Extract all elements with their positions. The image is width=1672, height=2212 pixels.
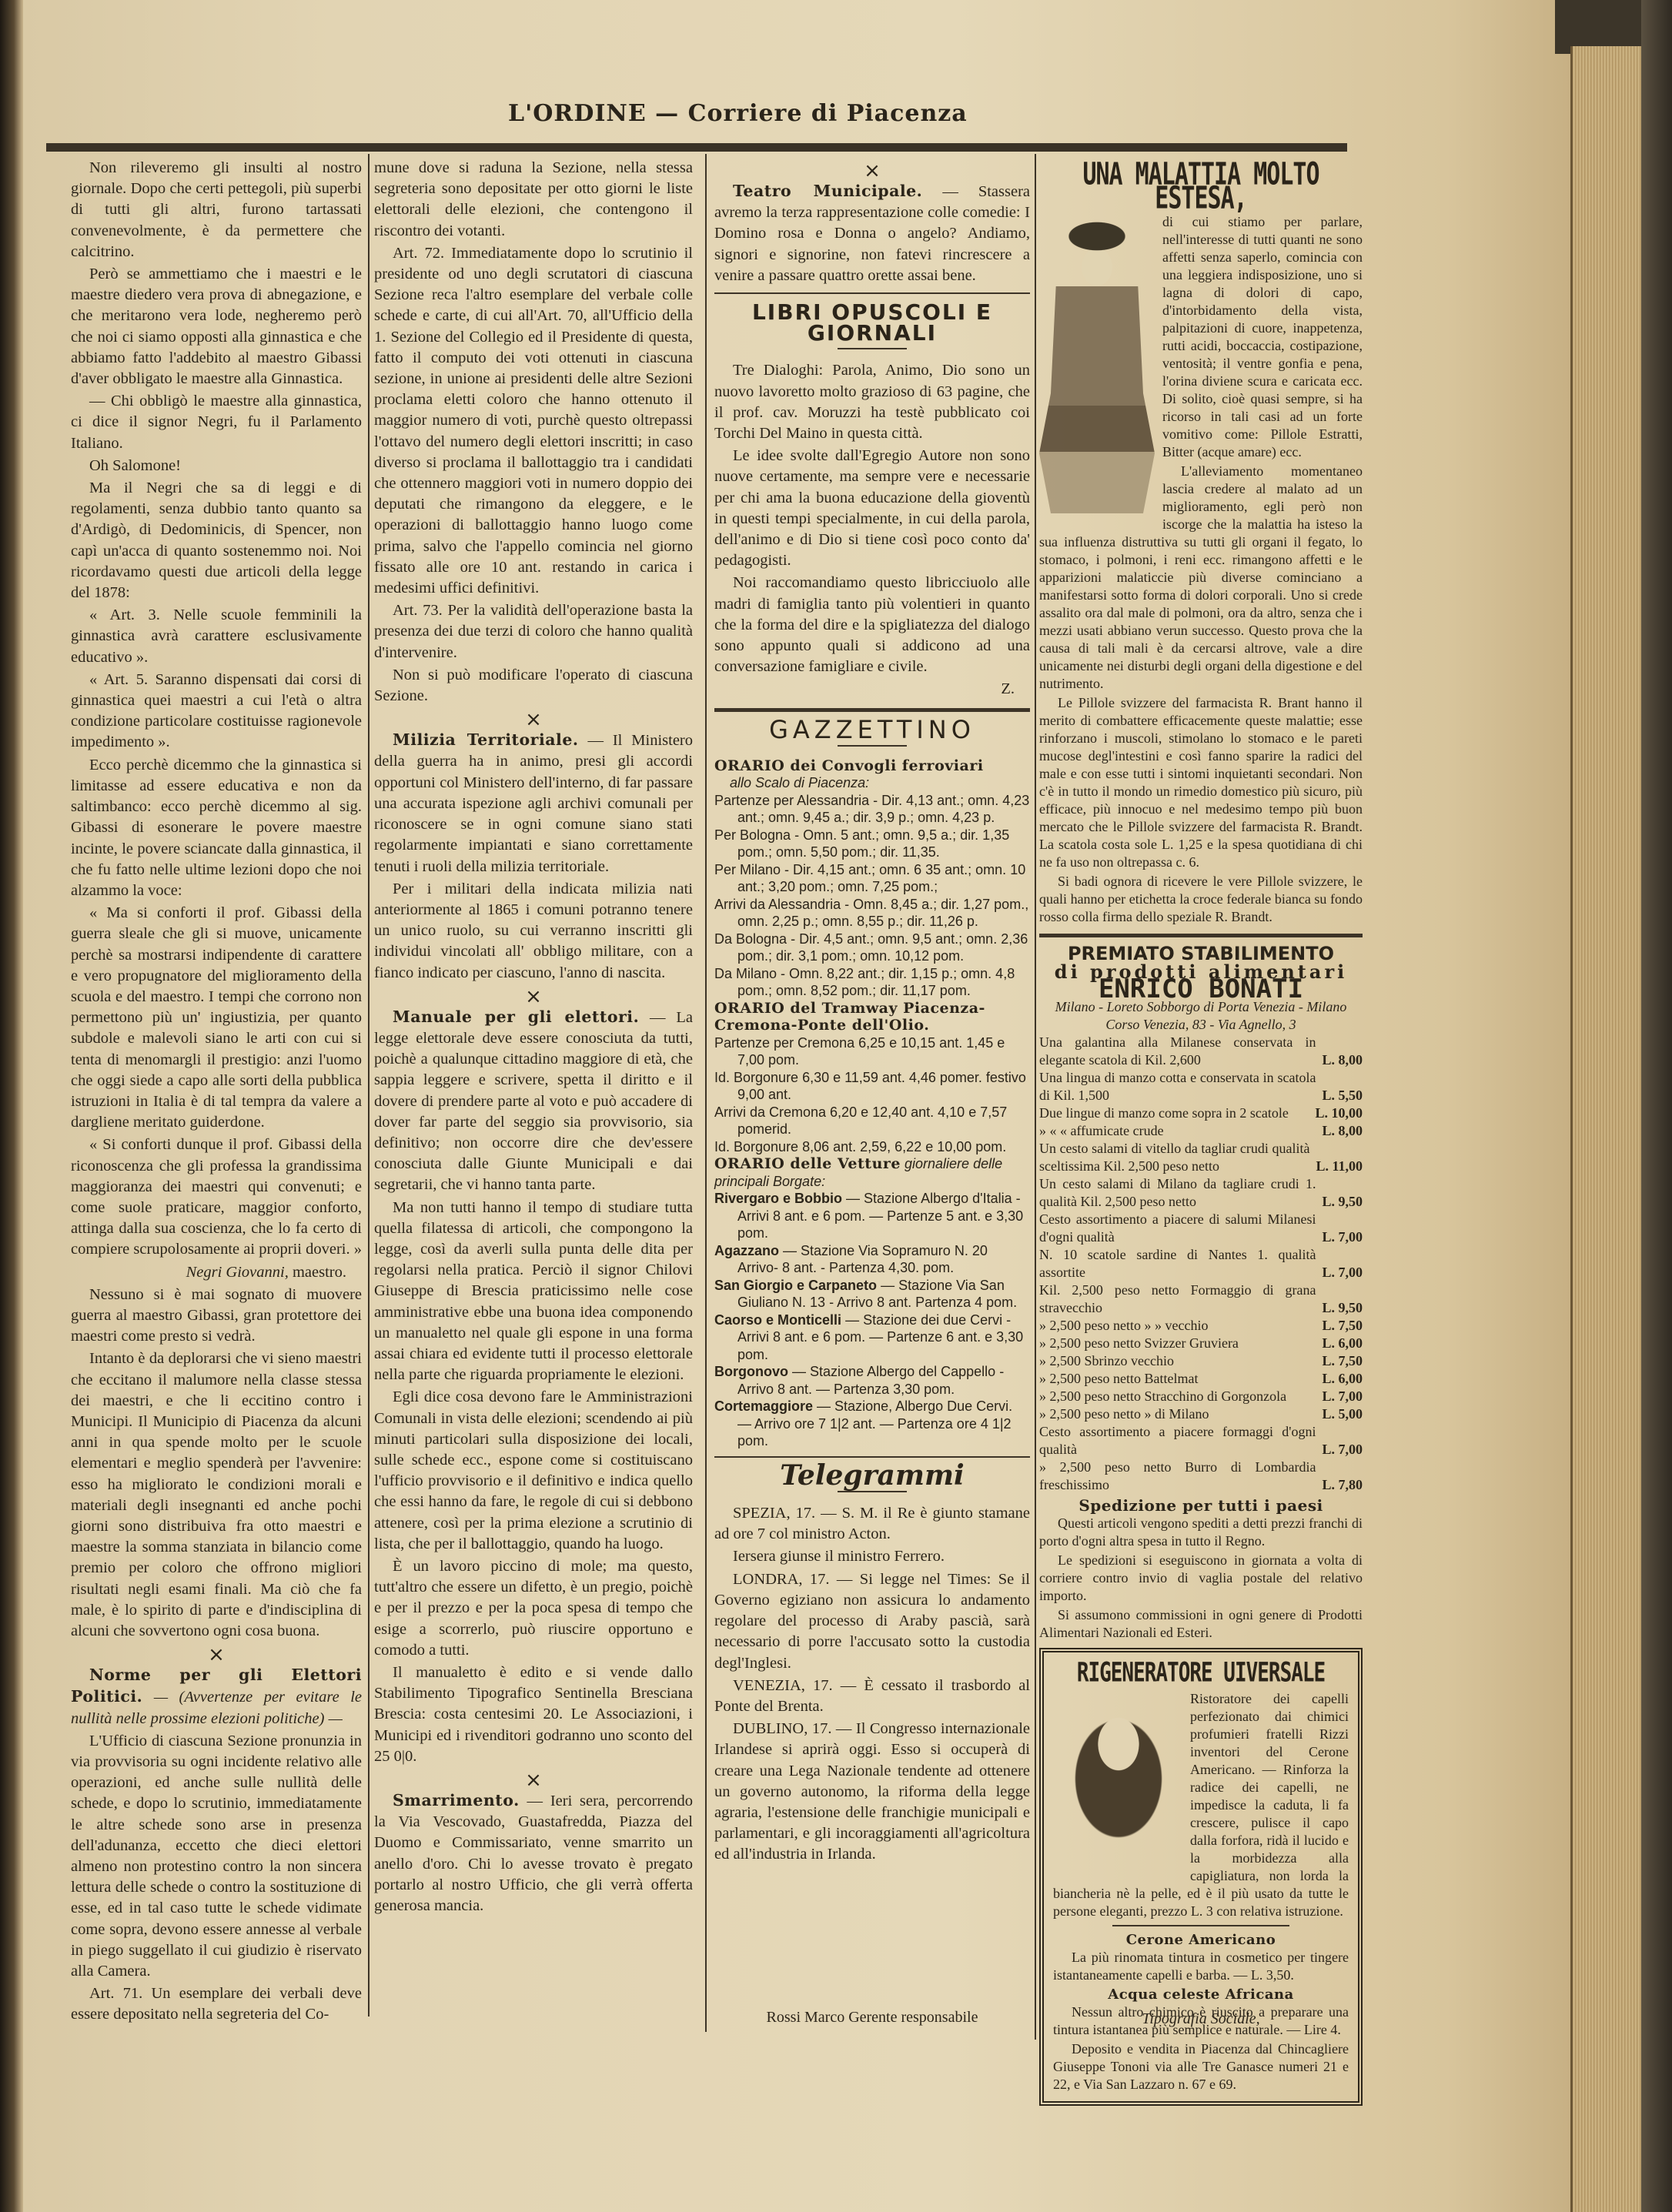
item-desc: » 2,500 peso netto Battelmat: [1039, 1370, 1322, 1388]
article-heading-line: Norme per gli Elettori Politici. — (Avve…: [71, 1665, 362, 1729]
item-price: L. 5,00: [1322, 1405, 1363, 1423]
paragraph: Art. 71. Un esemplare dei verbali deve e…: [71, 1983, 362, 2025]
section-rule: [1112, 1925, 1289, 1926]
price-row: Cesto assortimento a piacere formaggi d'…: [1039, 1423, 1363, 1459]
item-price: L. 10,00: [1315, 1104, 1363, 1122]
book-page-stack: [1570, 46, 1644, 2212]
book-binding: [1641, 0, 1672, 2212]
price-row: Una galantina alla Milanese conservata i…: [1039, 1034, 1363, 1069]
price-row: N. 10 scatole sardine di Nantes 1. quali…: [1039, 1246, 1363, 1281]
paragraph: Art. 72. Immediatamente dopo lo scrutini…: [374, 243, 693, 599]
footer-tipografia: Tipografia Sociale,: [1039, 2010, 1363, 2028]
item-desc: Cesto assortimento a piacere formaggi d'…: [1039, 1423, 1322, 1459]
telegram-item: DUBLINO, 17. — Il Congresso internaziona…: [714, 1719, 1030, 1865]
item-price: L. 9,50: [1322, 1193, 1363, 1211]
timetable-heading: ORARIO dei Convogli ferroviari: [714, 757, 1030, 775]
paragraph: Il manualetto è edito e si vende dallo S…: [374, 1662, 693, 1767]
item-desc: Kil. 2,500 peso netto Formaggio di grana…: [1039, 1281, 1322, 1317]
article-heading: Smarrimento.: [393, 1791, 520, 1809]
timetable-row: Per Milano - Dir. 4,15 ant.; omn. 6 35 a…: [714, 861, 1030, 896]
paragraph: Ma non tutti hanno il tempo di studiare …: [374, 1198, 693, 1386]
place-name: Cortemaggiore: [714, 1398, 813, 1414]
article-text: — Ieri sera, percorrendo la Via Vescovad…: [374, 1793, 693, 1914]
article-teatro: Teatro Municipale. — Stassera avremo la …: [714, 181, 1030, 286]
column-divider: [368, 154, 370, 2017]
quote-paragraph: « Art. 5. Saranno dispensati dai corsi d…: [71, 670, 362, 753]
paragraph: Per i militari della indicata milizia na…: [374, 879, 693, 984]
paragraph: Nessuno si è mai sognato di muovere guer…: [71, 1285, 362, 1348]
masthead-rule: [46, 143, 1347, 152]
timetable-row: Partenze per Alessandria - Dir. 4,13 ant…: [714, 792, 1030, 827]
item-price: L. 7,00: [1322, 1264, 1363, 1281]
paragraph: Noi raccomandiamo questo libricciuolo al…: [714, 573, 1030, 677]
telegram-item: Iersera giunse il ministro Ferrero.: [714, 1546, 1030, 1567]
telegram-item: VENEZIA, 17. — È cessato il trasbordo al…: [714, 1676, 1030, 1717]
paragraph: — Chi obbligò le maestre alla ginnastica…: [71, 391, 362, 454]
place-name: Agazzano: [714, 1243, 779, 1258]
price-row: » 2,500 peso netto Svizzer GruvieraL. 6,…: [1039, 1335, 1363, 1352]
section-title-gazzettino: GAZZETTINO: [714, 720, 1030, 740]
ad-paragraph: La più rinomata tintura in cosmetico per…: [1053, 1949, 1349, 1984]
signature-name: Negri Giovanni,: [186, 1264, 289, 1281]
item-price: L. 7,50: [1322, 1352, 1363, 1370]
timetable-row: Per Bologna - Omn. 5 ant.; omn. 9,5 a.; …: [714, 827, 1030, 861]
item-desc: Cesto assortimento a piacere di salumi M…: [1039, 1211, 1322, 1246]
ad-address: Corso Venezia, 83 - Via Agnello, 3: [1039, 1016, 1363, 1034]
signature: Negri Giovanni, maestro.: [71, 1262, 362, 1283]
timetable-row: Agazzano — Stazione Via Sopramuro N. 20 …: [714, 1242, 1030, 1277]
item-price: L. 5,50: [1322, 1087, 1363, 1104]
ad-paragraph: Si assumono commissioni in ogni genere d…: [1039, 1606, 1363, 1642]
column-1: Non rileveremo gli insulti al nostro gio…: [71, 158, 362, 2027]
ad-paragraph: Si badi ognora di ricevere le vere Pillo…: [1039, 873, 1363, 926]
item-price: L. 6,00: [1322, 1370, 1363, 1388]
timetable-row: Rivergaro e Bobbio — Stazione Albergo d'…: [714, 1190, 1030, 1242]
paragraph: È un lavoro piccino di mole; ma questo, …: [374, 1556, 693, 1661]
price-row: Una lingua di manzo cotta e conservata i…: [1039, 1069, 1363, 1104]
footer-gerente: Rossi Marco Gerente responsabile: [714, 2009, 1030, 2027]
section-rule: [714, 708, 1030, 712]
timetable-subheading: allo Scalo di Piacenza:: [714, 774, 1030, 792]
paragraph: Tre Dialoghi: Parola, Animo, Dio sono un…: [714, 360, 1030, 444]
item-desc: Un cesto salami di vitello da tagliar cr…: [1039, 1140, 1316, 1175]
item-desc: N. 10 scatole sardine di Nantes 1. quali…: [1039, 1246, 1322, 1281]
price-row: Un cesto salami di Milano da tagliare cr…: [1039, 1175, 1363, 1211]
section-title-libri: LIBRI OPUSCOLI E GIORNALI: [714, 302, 1030, 343]
section-separator-icon: ×: [374, 1770, 693, 1790]
ad-paragraph: Questi articoli vengono spediti a detti …: [1039, 1515, 1363, 1550]
timetable-row: Id. Borgonure 8,06 ant. 2,59, 6,22 e 10,…: [714, 1138, 1030, 1156]
item-desc: » 2,500 peso netto » di Milano: [1039, 1405, 1322, 1423]
section-separator-icon: ×: [374, 710, 693, 730]
item-price: L. 6,00: [1322, 1335, 1363, 1352]
paragraph: Egli dice cosa devono fare le Amministra…: [374, 1387, 693, 1555]
item-desc: Due lingue di manzo come sopra in 2 scat…: [1039, 1104, 1315, 1122]
price-row: Kil. 2,500 peso netto Formaggio di grana…: [1039, 1281, 1363, 1317]
paragraph: Ma il Negri che sa di leggi e di regolam…: [71, 478, 362, 603]
price-row: Cesto assortimento a piacere di salumi M…: [1039, 1211, 1363, 1246]
item-price: L. 9,50: [1322, 1299, 1363, 1317]
timetable-row: Borgonovo — Stazione Albergo del Cappell…: [714, 1363, 1030, 1398]
ad-title-malattia: UNA MALATTIA MOLTO ESTESA,: [1039, 162, 1363, 210]
paragraph: mune dove si raduna la Sezione, nella st…: [374, 158, 693, 242]
item-price: L. 7,00: [1322, 1441, 1363, 1459]
section-separator-icon: ×: [374, 987, 693, 1007]
column-2: mune dove si raduna la Sezione, nella st…: [374, 158, 693, 1918]
price-row: » 2,500 Sbrinzo vecchioL. 7,50: [1039, 1352, 1363, 1370]
ad-address: Milano - Loreto Sobborgo di Porta Venezi…: [1039, 998, 1363, 1016]
timetable-heading-line: ORARIO delle Vetture giornaliere delle p…: [714, 1155, 1030, 1190]
timetable: ORARIO dei Convogli ferroviari allo Scal…: [714, 757, 1030, 1450]
article-text: — La legge elettorale deve essere conosc…: [374, 1009, 693, 1194]
timetable-row: Da Bologna - Dir. 4,5 ant.; omn. 9,5 ant…: [714, 931, 1030, 965]
ad-box-rigeneratore: RIGENERATORE UIVERSALE Ristoratore dei c…: [1039, 1648, 1363, 2106]
section-rule: [714, 1456, 1030, 1458]
paragraph: Non rileveremo gli insulti al nostro gio…: [71, 158, 362, 262]
item-desc: » « « affumicate crude: [1039, 1122, 1322, 1140]
section-separator-icon: ×: [71, 1645, 362, 1665]
item-price: L. 7,00: [1322, 1388, 1363, 1405]
article-heading: Manuale per gli elettori.: [393, 1007, 639, 1026]
signature-role: maestro.: [293, 1264, 346, 1281]
place-name: Caorso e Monticelli: [714, 1312, 841, 1328]
paragraph: L'Ufficio di ciascuna Sezione pronunzia …: [71, 1731, 362, 1982]
masthead: L'ORDINE — Corriere di Piacenza: [508, 100, 968, 127]
price-row: » 2,500 peso netto Burro di Lombardia fr…: [1039, 1459, 1363, 1494]
item-desc: » 2,500 peso netto » » vecchio: [1039, 1317, 1322, 1335]
section-rule: [1039, 934, 1363, 937]
item-desc: » 2,500 peso netto Svizzer Gruviera: [1039, 1335, 1322, 1352]
price-row: Due lingue di manzo come sopra in 2 scat…: [1039, 1104, 1363, 1122]
price-row: » 2,500 peso netto » » vecchioL. 7,50: [1039, 1317, 1363, 1335]
article-milizia: Milizia Territoriale. — Il Ministero del…: [374, 730, 693, 877]
price-row: Un cesto salami di vitello da tagliar cr…: [1039, 1140, 1363, 1175]
section-separator-icon: ×: [714, 161, 1030, 181]
item-desc: » 2,500 Sbrinzo vecchio: [1039, 1352, 1322, 1370]
item-desc: Una lingua di manzo cotta e conservata i…: [1039, 1069, 1322, 1104]
column-4: UNA MALATTIA MOLTO ESTESA, di cui stiamo…: [1039, 158, 1363, 2106]
section-rule: [714, 292, 1030, 294]
signature: Z.: [714, 679, 1030, 700]
item-desc: Una galantina alla Milanese conservata i…: [1039, 1034, 1322, 1069]
timetable-row: Arrivi da Cremona 6,20 e 12,40 ant. 4,10…: [714, 1104, 1030, 1138]
item-price: L. 7,00: [1322, 1228, 1363, 1246]
ad-subheading: Acqua celeste Africana: [1053, 1986, 1349, 2003]
ad-title-rigeneratore: RIGENERATORE UIVERSALE: [1053, 1662, 1349, 1686]
column-3: × Teatro Municipale. — Stassera avremo l…: [714, 158, 1030, 1867]
quote-paragraph: « Ma si conforti il prof. Gibassi della …: [71, 903, 362, 1133]
book-left-edge: [0, 0, 23, 2212]
ad-subheading: Cerone Americano: [1053, 1931, 1349, 1949]
place-name: Borgonovo: [714, 1364, 788, 1379]
ad-title-bonati-3: ENRICO BONATI: [1039, 981, 1363, 998]
timetable-row: Partenze per Cremona 6,25 e 10,15 ant. 1…: [714, 1034, 1030, 1069]
price-row: » « « affumicate crudeL. 8,00: [1039, 1122, 1363, 1140]
article-smarrimento: Smarrimento. — Ieri sera, percorrendo la…: [374, 1790, 693, 1916]
article-heading: Teatro Municipale.: [733, 182, 922, 200]
paragraph: Intanto è da deplorarsi che vi sieno mae…: [71, 1348, 362, 1642]
item-price: L. 7,50: [1322, 1317, 1363, 1335]
item-price: L. 8,00: [1322, 1122, 1363, 1140]
paragraph: Però se ammettiamo che i maestri e le ma…: [71, 264, 362, 389]
paragraph: Art. 73. Per la validità dell'operazione…: [374, 600, 693, 663]
item-price: L. 7,80: [1322, 1476, 1363, 1494]
paragraph: Non si può modificare l'operato di ciasc…: [374, 665, 693, 707]
paragraph: Oh Salomone!: [71, 456, 362, 476]
price-row: » 2,500 peso netto » di MilanoL. 5,00: [1039, 1405, 1363, 1423]
ad-paragraph: Le Pillole svizzere del farmacista R. Br…: [1039, 694, 1363, 871]
item-desc: » 2,500 peso netto Burro di Lombardia fr…: [1039, 1459, 1322, 1494]
timetable-row: Id. Borgonure 6,30 e 11,59 ant. 4,46 pom…: [714, 1069, 1030, 1104]
woman-illustration-icon: [1053, 1690, 1184, 1867]
timetable-row: Caorso e Monticelli — Stazione dei due C…: [714, 1311, 1030, 1364]
price-row: » 2,500 peso netto Stracchino di Gorgonz…: [1039, 1388, 1363, 1405]
quote-paragraph: « Si conforti dunque il prof. Gibassi de…: [71, 1134, 362, 1260]
timetable-row: Da Milano - Omn. 8,22 ant.; dir. 1,15 p.…: [714, 965, 1030, 1000]
quote-paragraph: « Art. 3. Nelle scuole femminili la ginn…: [71, 605, 362, 668]
price-row: » 2,500 peso netto BattelmatL. 6,00: [1039, 1370, 1363, 1388]
article-text: — Il Ministero della guerra ha in animo,…: [374, 732, 693, 874]
ad-subheading: Spedizione per tutti i paesi: [1039, 1497, 1363, 1515]
place-name: San Giorgio e Carpaneto: [714, 1278, 877, 1293]
timetable-heading: ORARIO delle Vetture: [714, 1155, 901, 1172]
telegram-item: LONDRA, 17. — Si legge nel Times: Se il …: [714, 1569, 1030, 1674]
article-manuale: Manuale per gli elettori. — La legge ele…: [374, 1007, 693, 1196]
ornament-rule: [838, 348, 907, 349]
item-price: L. 11,00: [1316, 1158, 1363, 1175]
place-name: Rivergaro e Bobbio: [714, 1191, 842, 1206]
timetable-heading: ORARIO del Tramway Piacenza-Cremona-Pont…: [714, 1000, 1030, 1034]
item-desc: » 2,500 peso netto Stracchino di Gorgonz…: [1039, 1388, 1322, 1405]
timetable-row: Cortemaggiore — Stazione, Albergo Due Ce…: [714, 1398, 1030, 1450]
telegram-item: SPEZIA, 17. — S. M. il Re è giunto stama…: [714, 1503, 1030, 1545]
timetable-row: San Giorgio e Carpaneto — Stazione Via S…: [714, 1277, 1030, 1311]
ornament-rule: [838, 745, 907, 747]
timetable-row: Arrivi da Alessandria - Omn. 8,45 a.; di…: [714, 896, 1030, 931]
article-heading: Milizia Territoriale.: [393, 730, 579, 749]
paragraph: Le idee svolte dall'Egregio Autore non s…: [714, 446, 1030, 571]
item-price: L. 8,00: [1322, 1051, 1363, 1069]
item-desc: Un cesto salami di Milano da tagliare cr…: [1039, 1175, 1322, 1211]
paragraph: Ecco perchè dicemmo che la ginnastica si…: [71, 755, 362, 901]
ad-paragraph: Le spedizioni si eseguiscono in giornata…: [1039, 1552, 1363, 1605]
ad-paragraph: Deposito e vendita in Piacenza dal Chinc…: [1053, 2040, 1349, 2093]
section-title-telegrammi: Telegrammi: [714, 1465, 1030, 1486]
column-divider: [705, 154, 707, 2032]
column-divider: [1035, 154, 1036, 2040]
